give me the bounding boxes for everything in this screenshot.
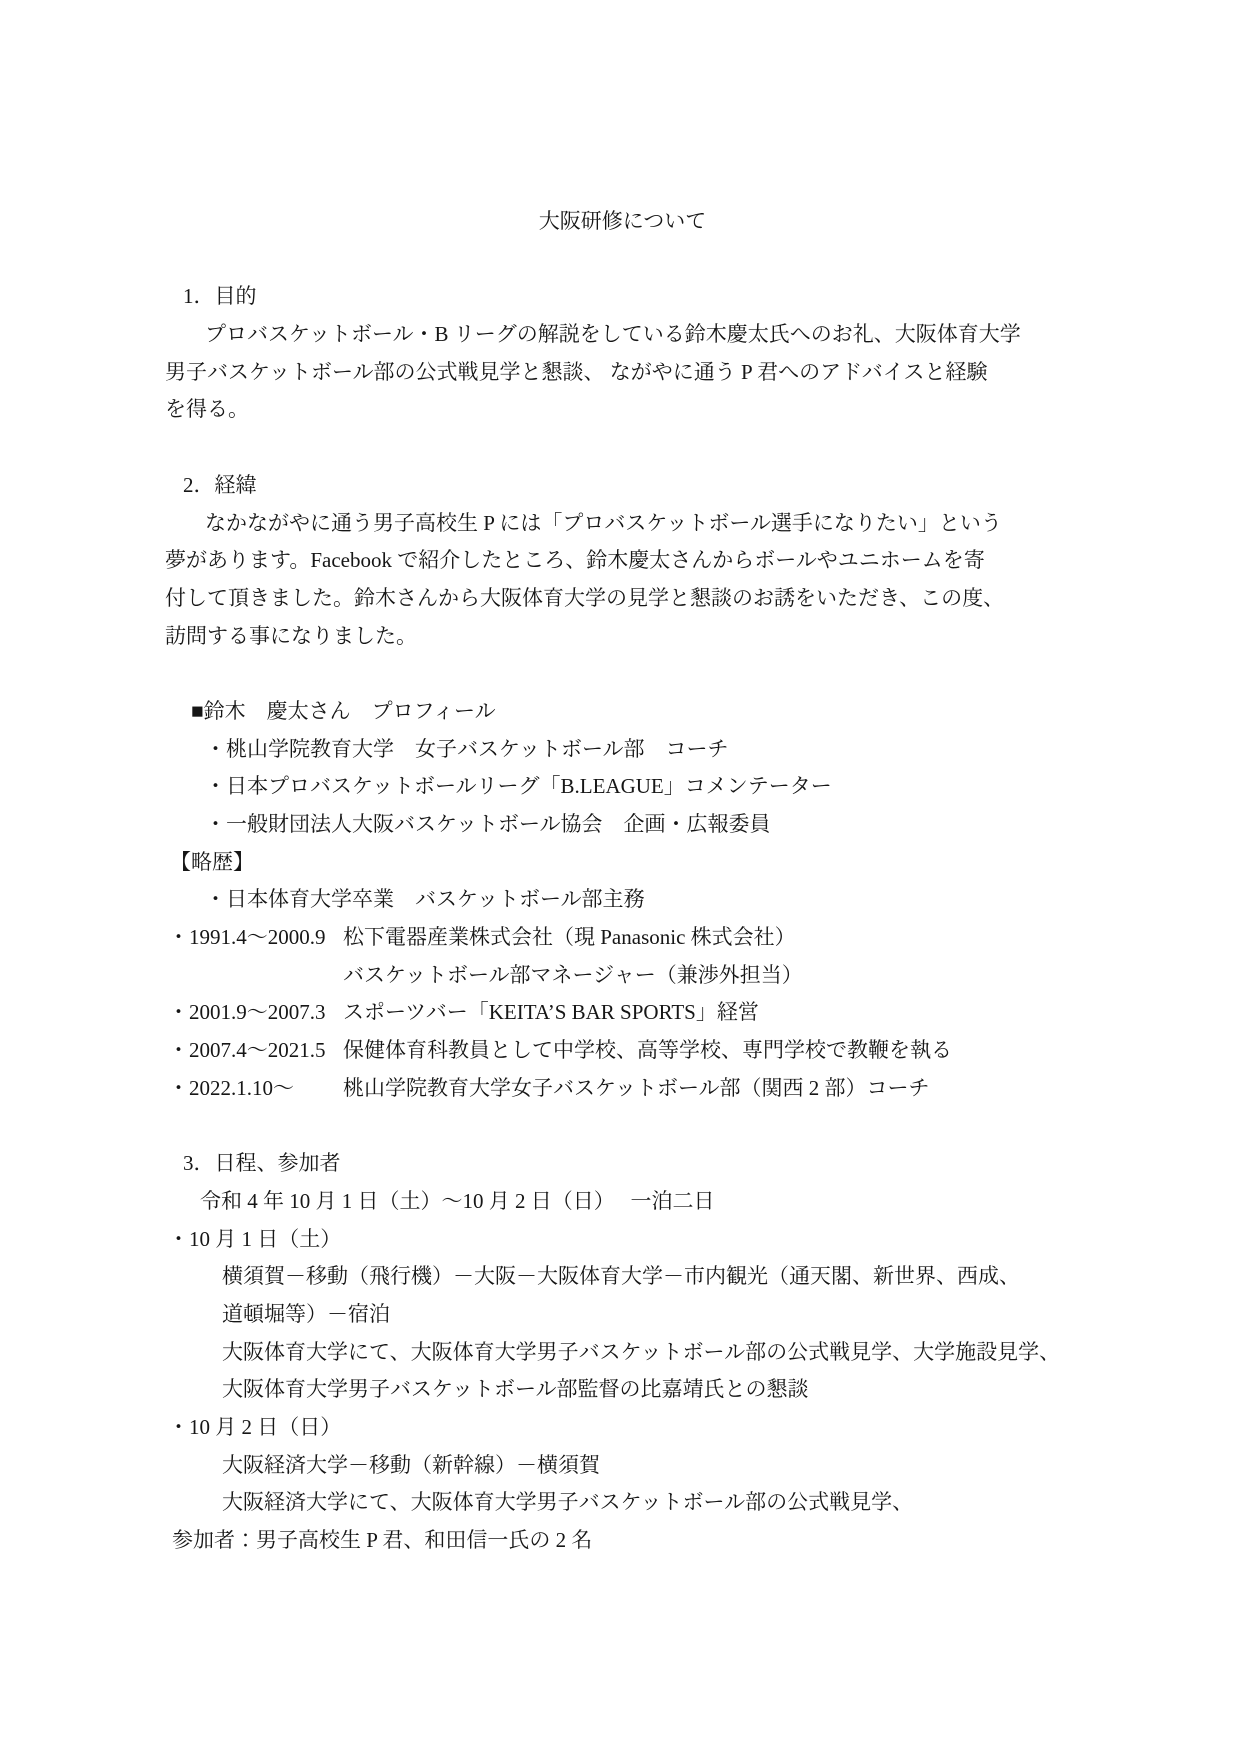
background-line-2: 夢があります。Facebook で紹介したところ、鈴木慶太さんからボールやユニホ… [165,542,1080,580]
profile-item: ・桃山学院教育大学 女子バスケットボール部 コーチ [165,731,1080,769]
background-line-4: 訪問する事になりました。 [165,618,1080,656]
career-heading: 【略歴】 [165,844,1080,882]
purpose-line-2: 男子バスケットボール部の公式戦見学と懇談、 ながやに通う P 君へのアドバイスと… [165,354,1080,392]
section-heading-2: 2．経緯 [165,467,1080,505]
career-desc: 松下電器産業株式会社（現 Panasonic 株式会社） [343,919,796,957]
participants-line: 参加者：男子高校生 P 君、和田信一氏の 2 名 [165,1522,1080,1560]
career-item: ・2007.4～2021.5保健体育科教員として中学校、高等学校、専門学校で教鞭… [165,1032,1080,1070]
blank-line [165,241,1080,279]
schedule-detail: 大阪経済大学にて、大阪体育大学男子バスケットボール部の公式戦見学、 [165,1484,1080,1522]
schedule-detail: 大阪体育大学男子バスケットボール部監督の比嘉靖氏との懇談 [165,1371,1080,1409]
career-item: ・2001.9～2007.3スポーツバー「KEITA’S BAR SPORTS」… [165,994,1080,1032]
profile-item: ・一般財団法人大阪バスケットボール協会 企画・広報委員 [165,806,1080,844]
schedule-day-2: ・10 月 2 日（日） [165,1409,1080,1447]
doc-title: 大阪研修について [165,203,1080,241]
schedule-day-1: ・10 月 1 日（土） [165,1221,1080,1259]
career-date: ・2022.1.10～ [168,1070,343,1108]
blank-line [165,429,1080,467]
profile-heading: ■鈴木 慶太さん プロフィール [165,693,1080,731]
schedule-detail: 大阪体育大学にて、大阪体育大学男子バスケットボール部の公式戦見学、大学施設見学、 [165,1334,1080,1372]
career-item: ・日本体育大学卒業 バスケットボール部主務 [165,881,1080,919]
schedule-detail: 横須賀－移動（飛行機）－大阪－大阪体育大学－市内観光（通天閣、新世界、西成、 [165,1258,1080,1296]
blank-line [165,1108,1080,1146]
schedule-period: 令和 4 年 10 月 1 日（土）～10 月 2 日（日） 一泊二日 [165,1183,1080,1221]
career-item: ・2022.1.10～桃山学院教育大学女子バスケットボール部（関西 2 部）コー… [165,1070,1080,1108]
career-date: ・2001.9～2007.3 [168,994,343,1032]
career-date: ・1991.4～2000.9 [168,919,343,957]
schedule-detail: 道頓堀等）－宿泊 [165,1296,1080,1334]
career-item: ・1991.4～2000.9松下電器産業株式会社（現 Panasonic 株式会… [165,919,1080,957]
purpose-line-1: プロバスケットボール・B リーグの解説をしている鈴木慶太氏へのお礼、大阪体育大学 [165,316,1080,354]
career-date: ・2007.4～2021.5 [168,1032,343,1070]
career-desc: 桃山学院教育大学女子バスケットボール部（関西 2 部）コーチ [343,1070,930,1108]
profile-item: ・日本プロバスケットボールリーグ「B.LEAGUE」コメンテーター [165,768,1080,806]
document-body: 大阪研修について 1．目的プロバスケットボール・B リーグの解説をしている鈴木慶… [165,203,1080,1560]
background-line-3: 付して頂きました。鈴木さんから大阪体育大学の見学と懇談のお誘をいただき、この度、 [165,580,1080,618]
schedule-detail: 大阪経済大学－移動（新幹線）－横須賀 [165,1447,1080,1485]
blank-line [165,655,1080,693]
document-page: 大阪研修について 1．目的プロバスケットボール・B リーグの解説をしている鈴木慶… [0,0,1241,1755]
section-heading-1: 1．目的 [165,278,1080,316]
career-desc: スポーツバー「KEITA’S BAR SPORTS」経営 [343,994,759,1032]
section-heading-3: 3．日程、参加者 [165,1145,1080,1183]
background-line-1: なかながやに通う男子高校生 P には「プロバスケットボール選手になりたい」という [165,505,1080,543]
career-desc: 保健体育科教員として中学校、高等学校、専門学校で教鞭を執る [343,1032,952,1070]
purpose-line-3: を得る。 [165,391,1080,429]
career-item-continuation: バスケットボール部マネージャー（兼渉外担当） [165,957,1080,995]
